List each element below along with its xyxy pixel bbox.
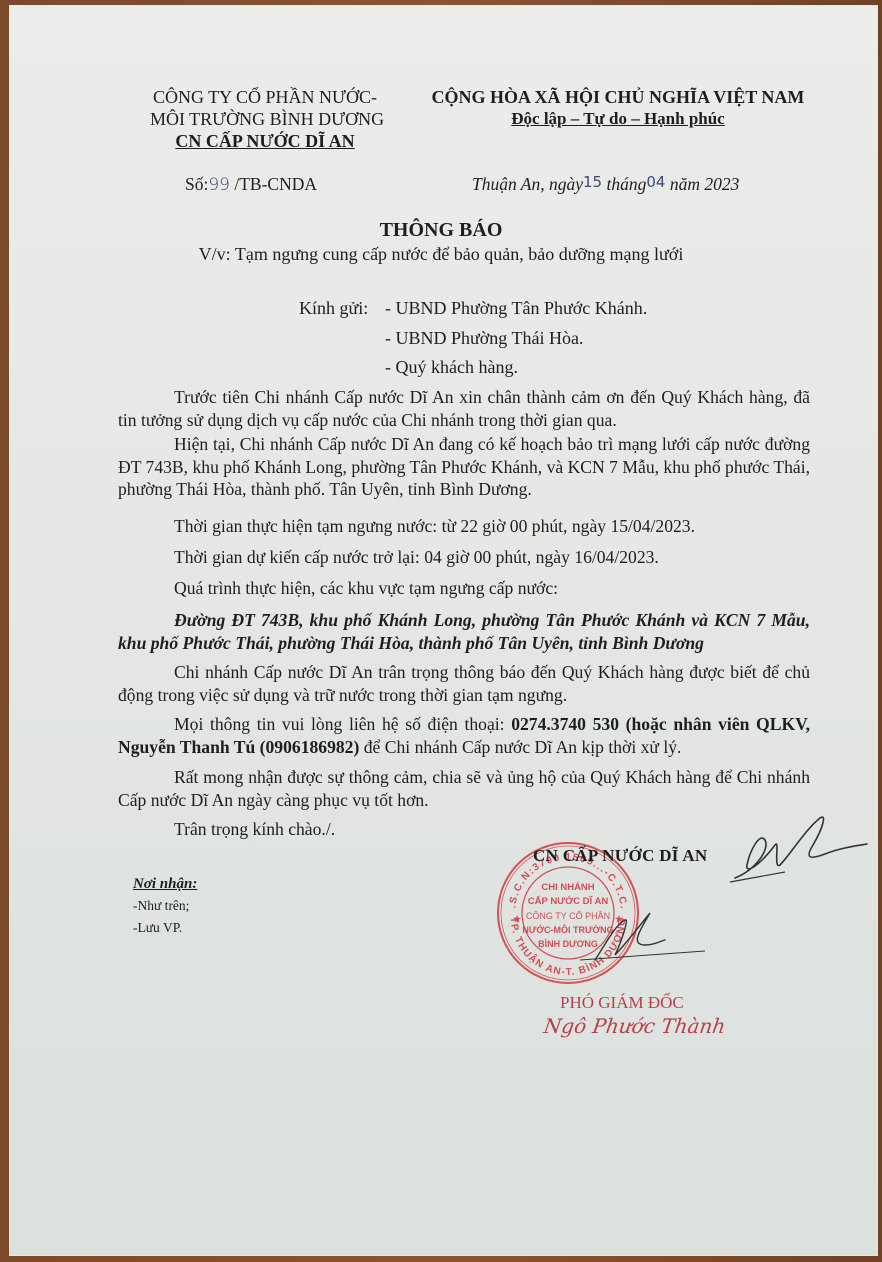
date-year: năm 2023 [670,174,740,194]
document-subject: V/v: Tạm ngưng cung cấp nước để bảo quản… [0,244,882,265]
recipients-label: Kính gửi: [299,298,368,319]
closing-greeting: Trân trọng kính chào./. [118,818,810,841]
date-place: Thuận An, ngày [472,174,583,194]
body-paragraph-resume-time: Thời gian dự kiến cấp nước trở lại: 04 g… [118,546,810,569]
org-branch: CN CẤP NƯỚC DĨ AN [150,130,380,152]
body-paragraph-areas: Đường ĐT 743B, khu phố Khánh Long, phườn… [118,609,810,654]
body-paragraph-stop-time: Thời gian thực hiện tạm ngưng nước: từ 2… [118,515,810,538]
national-motto: Độc lập – Tự do – Hạnh phúc [408,108,828,130]
date-line: Thuận An, ngày15 tháng04 năm 2023 [472,174,739,195]
org-line-2: MÔI TRƯỜNG BÌNH DƯƠNG [150,108,380,130]
document-title: THÔNG BÁO [0,219,882,242]
signature-organization: CN CẤP NƯỚC DĨ AN [533,846,707,866]
recipient-item: - UBND Phường Tân Phước Khánh. [385,298,647,319]
doc-number-suffix: /TB-CNDA [230,174,317,194]
signature-bottom-icon [570,905,710,965]
contact-text-end: để Chi nhánh Cấp nước Dĩ An kịp thời xử … [359,737,681,757]
contact-text: Mọi thông tin vui lòng liên hệ số điện t… [174,714,511,734]
document-number: Số:99 /TB-CNDA [185,174,317,195]
recipients-footer-label: Nơi nhận: [133,876,197,893]
recipient-item: - UBND Phường Thái Hòa. [385,328,583,349]
doc-number-prefix: Số: [185,174,208,194]
body-paragraph-plan: Hiện tại, Chi nhánh Cấp nước Dĩ An đang … [118,433,810,501]
date-day: 15 [583,173,602,191]
issuing-organization: CÔNG TY CỔ PHẦN NƯỚC- MÔI TRƯỜNG BÌNH DƯ… [150,86,380,152]
doc-number-handwritten: 99 [208,175,230,195]
country-name: CỘNG HÒA XÃ HỘI CHỦ NGHĨA VIỆT NAM [432,87,805,107]
body-paragraph-areas-intro: Quá trình thực hiện, các khu vực tạm ngư… [118,577,810,600]
signature-top-icon [725,810,875,890]
org-line-1: CÔNG TY CỔ PHẦN NƯỚC- [150,86,380,108]
svg-text:CHI NHÁNH: CHI NHÁNH [541,882,594,893]
recipient-item: - Quý khách hàng. [385,357,518,378]
signer-name: Ngô Phước Thành [542,1014,727,1038]
body-paragraph-notice: Chi nhánh Cấp nước Dĩ An trân trọng thôn… [118,661,810,706]
date-month: 04 [646,173,665,191]
national-header: CỘNG HÒA XÃ HỘI CHỦ NGHĨA VIỆT NAM Độc l… [408,86,828,130]
body-paragraph-contact: Mọi thông tin vui lòng liên hệ số điện t… [118,713,810,758]
svg-text:★: ★ [513,914,522,924]
date-month-label: tháng [606,174,646,194]
body-paragraph-thanks: Trước tiên Chi nhánh Cấp nước Dĩ An xin … [118,386,810,431]
recipients-footer-item: -Như trên; [133,898,189,914]
signer-title: PHÓ GIÁM ĐỐC [560,993,684,1013]
body-paragraph-appreciation: Rất mong nhận được sự thông cảm, chia sẽ… [118,766,810,811]
recipients-footer-item: -Lưu VP. [133,920,182,936]
